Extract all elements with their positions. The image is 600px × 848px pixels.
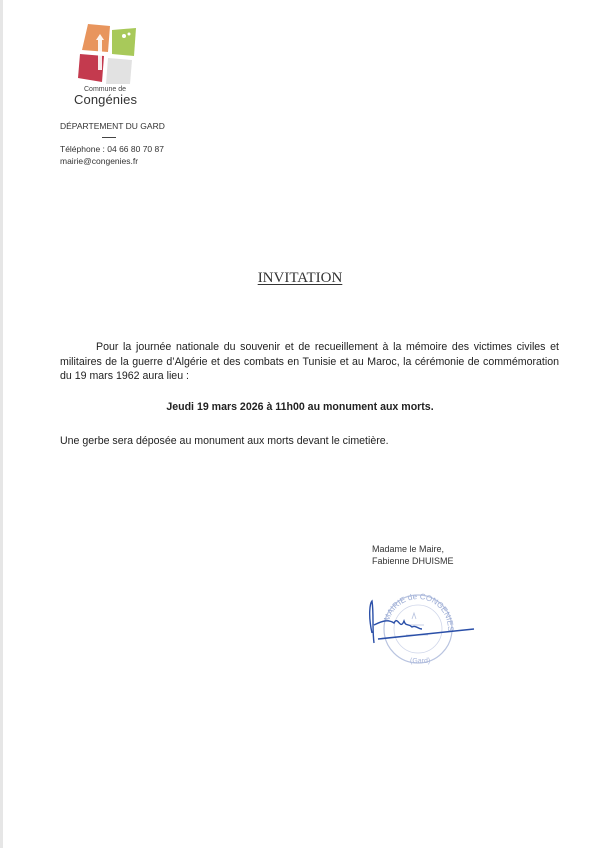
invitation-paragraph: Pour la journée nationale du souvenir et… (60, 340, 559, 384)
signatory-role: Madame le Maire, (372, 543, 454, 555)
header-divider (102, 137, 116, 138)
signatory-name: Fabienne DHUISME (372, 555, 454, 567)
signature-block: Madame le Maire, Fabienne DHUISME (372, 543, 454, 567)
phone-text: Téléphone : 04 66 80 70 87 (60, 143, 164, 155)
contact-block: Téléphone : 04 66 80 70 87 mairie@congen… (60, 143, 164, 167)
event-date-line: Jeudi 19 mars 2026 à 11h00 au monument a… (0, 401, 600, 413)
stamp-icon: MAIRIE de CONGENIES (Gard) (360, 585, 480, 675)
email-link[interactable]: mairie@congenies.fr (60, 155, 164, 167)
official-stamp-signature: MAIRIE de CONGENIES (Gard) (360, 585, 480, 675)
svg-text:MAIRIE de CONGENIES: MAIRIE de CONGENIES (382, 592, 455, 632)
document-title: INVITATION (0, 270, 600, 287)
svg-text:(Gard): (Gard) (410, 658, 430, 665)
logo-caption-town: Congénies (74, 92, 137, 107)
page-edge (0, 0, 3, 848)
coat-of-arms-icon (74, 22, 144, 88)
department-label: DÉPARTEMENT DU GARD (60, 121, 165, 131)
wreath-note: Une gerbe sera déposée au monument aux m… (60, 435, 389, 447)
